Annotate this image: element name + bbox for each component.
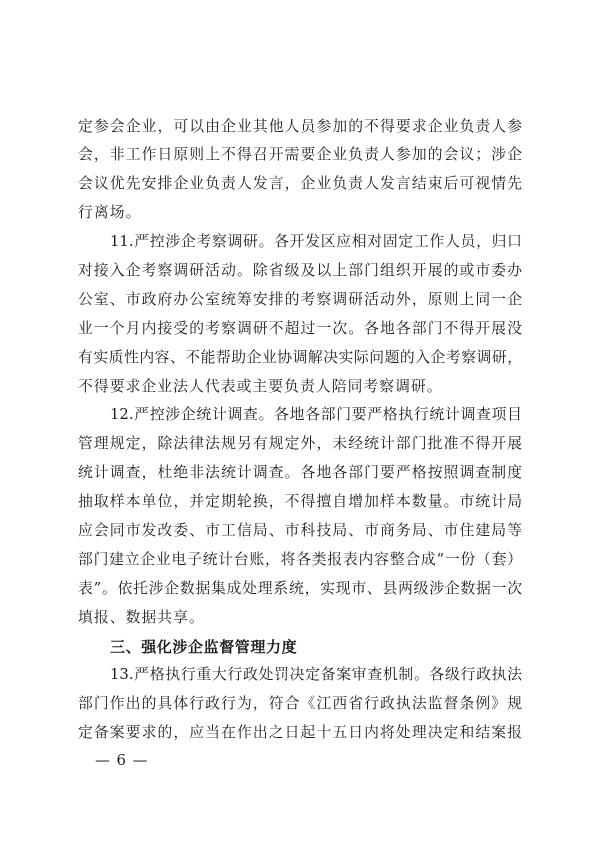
text-line: 公室、市政府办公室统筹安排的考察调研活动外，原则上同一企 [78,286,522,315]
page-number: — 6 — [95,751,155,771]
paragraph-item-13: 13.严格执行重大行政处罚决定备案审查机制。各级行政执法 部门作出的具体行政行为… [78,661,522,748]
text-line: 行离场。 [78,199,522,228]
text-line: 统计调查，杜绝非法统计调查。各地各部门要严格按照调查制度 [78,459,522,488]
item-text: 各地各部门要严格执行统计调查项目 [274,406,522,423]
text-line: 13.严格执行重大行政处罚决定备案审查机制。各级行政执法 [78,661,522,690]
text-line: 业一个月内接受的考察调研不超过一次。各地各部门不得开展没 [78,315,522,344]
text-line: 部门建立企业电子统计台账，将各类报表内容整合成“一份（套） [78,546,522,575]
paragraph-continuation: 定参会企业，可以由企业其他人员参加的不得要求企业负责人参 会，非工作日原则上不得… [78,113,522,229]
text-line: 会议优先安排企业负责人发言，企业负责人发言结束后可视情先 [78,170,522,199]
item-text: 各开发区应相对固定工作人员，归口 [274,233,522,250]
paragraph-item-11: 11.严控涉企考察调研。各开发区应相对固定工作人员，归口 对接入企考察调研活动。… [78,228,522,401]
item-title: 严格执行重大行政处罚决定备案审查机制。 [134,666,430,683]
text-line: 应会同市发改委、市工信局、市科技局、市商务局、市住建局等 [78,517,522,546]
item-text: 各级行政执法 [430,666,522,683]
document-body: 定参会企业，可以由企业其他人员参加的不得要求企业负责人参 会，非工作日原则上不得… [78,113,522,749]
paragraph-item-12: 12.严控涉企统计调查。各地各部门要严格执行统计调查项目 管理规定，除法律法规另… [78,401,522,632]
text-line: 11.严控涉企考察调研。各开发区应相对固定工作人员，归口 [78,228,522,257]
text-line: 定参会企业，可以由企业其他人员参加的不得要求企业负责人参 [78,113,522,142]
text-line: 不得要求企业法人代表或主要负责人陪同考察调研。 [78,373,522,402]
text-line: 表”。依托涉企数据集成处理系统，实现市、县两级涉企数据一次 [78,575,522,604]
section-heading: 三、强化涉企监督管理力度 [78,633,522,662]
text-line: 填报、数据共享。 [78,604,522,633]
text-line: 管理规定，除法律法规另有规定外，未经统计部门批准不得开展 [78,430,522,459]
text-line: 有实质性内容、不能帮助企业协调解决实际问题的入企考察调研， [78,344,522,373]
text-line: 定备案要求的，应当在作出之日起十五日内将处理决定和结案报 [78,719,522,748]
text-line: 抽取样本单位，并定期轮换，不得擅自增加样本数量。市统计局 [78,488,522,517]
item-number: 12. [110,406,134,423]
item-title: 严控涉企考察调研。 [134,233,275,250]
text-line: 对接入企考察调研活动。除省级及以上部门组织开展的或市委办 [78,257,522,286]
item-number: 11. [110,233,134,250]
text-line: 部门作出的具体行政行为，符合《江西省行政执法监督条例》规 [78,690,522,719]
item-number: 13. [110,666,134,683]
text-line: 12.严控涉企统计调查。各地各部门要严格执行统计调查项目 [78,401,522,430]
text-line: 会，非工作日原则上不得召开需要企业负责人参加的会议；涉企 [78,141,522,170]
item-title: 严控涉企统计调查。 [134,406,275,423]
document-page: 定参会企业，可以由企业其他人员参加的不得要求企业负责人参 会，非工作日原则上不得… [0,0,600,848]
